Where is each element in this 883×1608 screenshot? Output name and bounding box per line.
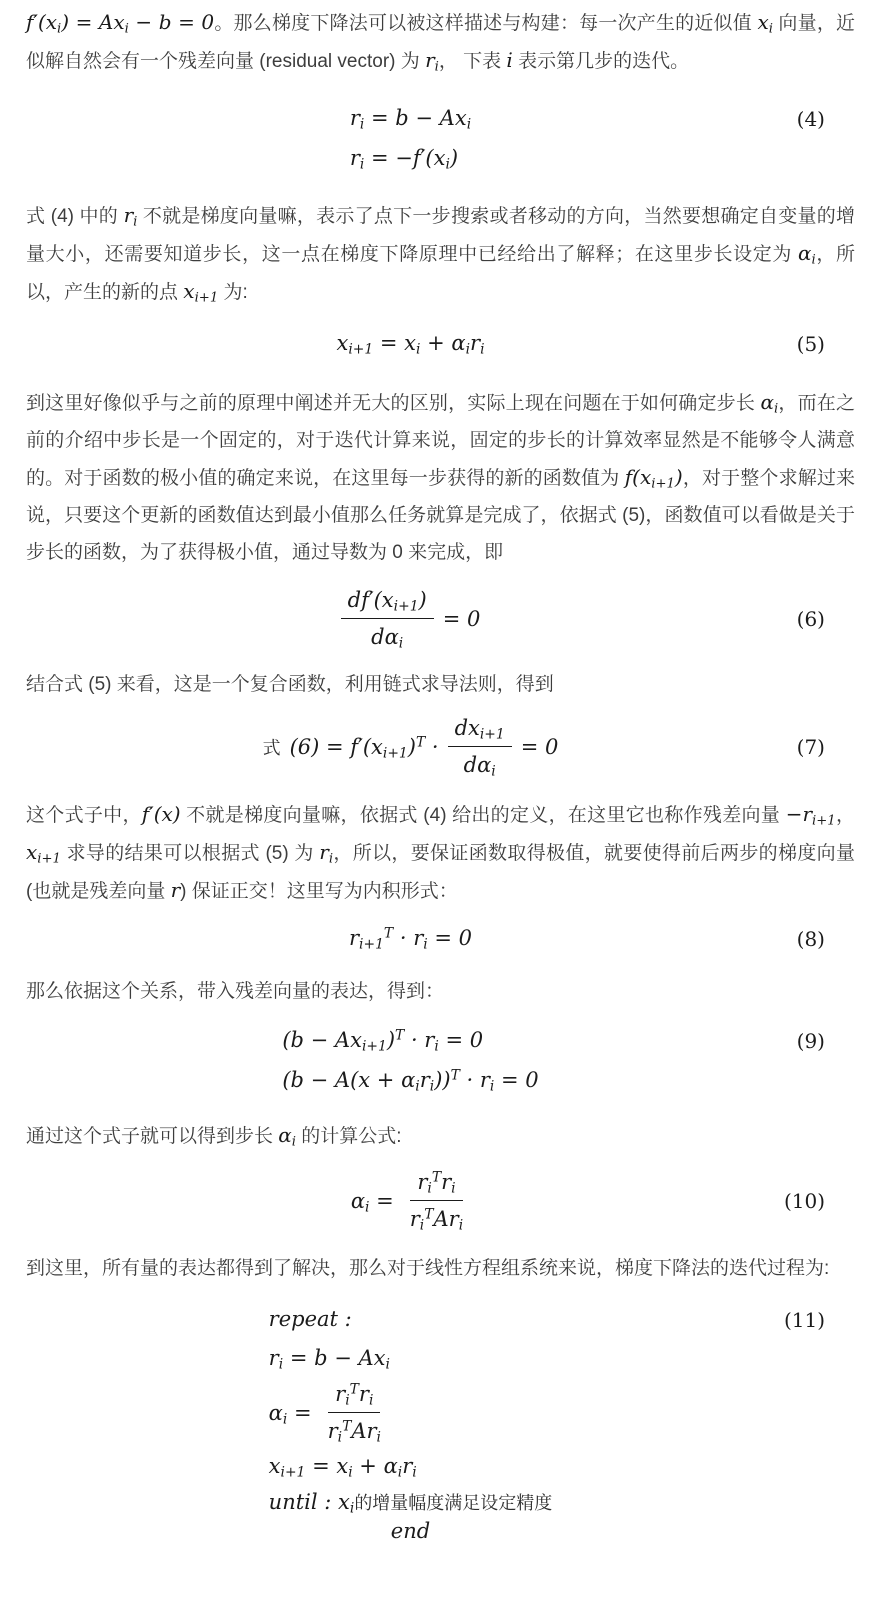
equation-9-line-2: (b − A(x + αiri))T · ri = 0 [282, 1064, 538, 1097]
algo-update-line: xi+1 = xi + αiri [269, 1450, 417, 1483]
algo-alpha-fraction: riTri riTAri [321, 1381, 388, 1444]
equation-6-body: df′(xi+1) dαi = 0 [341, 587, 481, 650]
equation-9: (b − Axi+1)T · ri = 0 (b − A(x + αiri))T… [26, 1024, 855, 1097]
algo-end-line: end [391, 1515, 430, 1548]
fraction-denominator: dαi [457, 747, 503, 778]
algo-repeat-line: repeat : [269, 1303, 352, 1336]
equation-7-suffix: = 0 [521, 735, 559, 759]
equation-4-line-2: ri = −f′(xi) [350, 142, 458, 175]
equation-7-prefix-math: (6) = f′(xi+1)T · [290, 735, 439, 759]
equation-10-body: αi = riTri riTAri [351, 1169, 470, 1232]
fraction-denominator: dαi [364, 619, 410, 650]
equation-7: 式 (6) = f′(xi+1)T · dxi+1 dαi = 0 (7) [26, 715, 855, 778]
paragraph-alpha-formula: 通过这个式子就可以得到步长 αi 的计算公式: [26, 1117, 855, 1155]
paragraph-direction: 式 (4) 中的 ri 不就是梯度向量嘛，表示了点下一步搜索或者移动的方向，当然… [26, 197, 855, 311]
equation-6-suffix: = 0 [443, 607, 481, 631]
fraction-numerator: dxi+1 [448, 715, 512, 747]
article-page: f′(xi) = Axi − b = 0。那么梯度下降法可以被这样描述与构建：每… [0, 0, 883, 1548]
equation-7-body: 式 (6) = f′(xi+1)T · dxi+1 dαi = 0 [263, 715, 559, 778]
equation-7-fraction: dxi+1 dαi [448, 715, 512, 778]
equation-10-label: (10) [784, 1189, 825, 1213]
equation-5: xi+1 = xi + αiri (5) [26, 327, 855, 360]
paragraph-iteration-intro: 到这里，所有量的表达都得到了解决，那么对于线性方程组系统来说，梯度下降法的迭代过… [26, 1250, 855, 1287]
equation-7-prefix-cjk: 式 [263, 734, 281, 760]
equation-4-body: ri = b − Axi ri = −f′(xi) [350, 102, 471, 175]
equation-9-body: (b − Axi+1)T · ri = 0 (b − A(x + αiri))T… [282, 1024, 538, 1097]
equation-7-label: (7) [797, 735, 825, 759]
fraction-numerator: df′(xi+1) [341, 587, 434, 619]
equation-8-line-1: ri+1T · ri = 0 [349, 922, 472, 955]
equation-8-body: ri+1T · ri = 0 [349, 922, 472, 955]
equation-5-label: (5) [797, 332, 825, 356]
fraction-denominator: riTAri [321, 1413, 388, 1444]
paragraph-step-size: 到这里好像似乎与之前的原理中阐述并无大的区别，实际上现在问题在于如何确定步长 α… [26, 384, 855, 571]
equation-6: df′(xi+1) dαi = 0 (6) [26, 587, 855, 650]
equation-4-line-1: ri = b − Axi [350, 102, 471, 135]
algo-alpha-line: αi = riTri riTAri [269, 1381, 388, 1444]
equation-4-label: (4) [797, 107, 825, 131]
algo-until-text: 的增量幅度满足设定精度 [354, 1489, 552, 1515]
fraction-numerator: riTri [328, 1381, 380, 1413]
equation-10-fraction: riTri riTAri [403, 1169, 470, 1232]
equation-8-label: (8) [797, 927, 825, 951]
algo-until-math: until : xi [269, 1490, 355, 1514]
paragraph-substitute: 那么依据这个关系，带入残差向量的表达，得到： [26, 973, 855, 1010]
equation-6-fraction: df′(xi+1) dαi [341, 587, 434, 650]
equation-11-body: repeat : ri = b − Axi αi = riTri riTAri … [269, 1303, 553, 1548]
algo-until-line: until : xi的增量幅度满足设定精度 [269, 1489, 553, 1515]
equation-5-body: xi+1 = xi + αiri [336, 327, 484, 360]
algo-alpha-prefix: αi = [269, 1401, 312, 1425]
equation-5-line-1: xi+1 = xi + αiri [336, 327, 484, 360]
equation-11-algorithm: repeat : ri = b − Axi αi = riTri riTAri … [26, 1303, 855, 1548]
paragraph-chain-rule: 结合式 (5) 来看，这是一个复合函数，利用链式求导法则，得到 [26, 666, 855, 703]
algo-residual-line: ri = b − Axi [269, 1342, 390, 1375]
equation-6-label: (6) [797, 607, 825, 631]
equation-10: αi = riTri riTAri (10) [26, 1169, 855, 1232]
paragraph-orthogonal: 这个式子中，f′(x) 不就是梯度向量嘛，依据式 (4) 给出的定义，在这里它也… [26, 796, 855, 910]
equation-10-prefix: αi = [351, 1189, 394, 1213]
equation-4: ri = b − Axi ri = −f′(xi) (4) [26, 102, 855, 175]
paragraph-intro: f′(xi) = Axi − b = 0。那么梯度下降法可以被这样描述与构建：每… [26, 4, 855, 80]
equation-9-line-1: (b − Axi+1)T · ri = 0 [282, 1024, 483, 1057]
equation-8: ri+1T · ri = 0 (8) [26, 922, 855, 955]
equation-11-label: (11) [784, 1308, 825, 1332]
equation-9-label: (9) [797, 1029, 825, 1053]
fraction-numerator: riTri [410, 1169, 462, 1201]
fraction-denominator: riTAri [403, 1201, 470, 1232]
